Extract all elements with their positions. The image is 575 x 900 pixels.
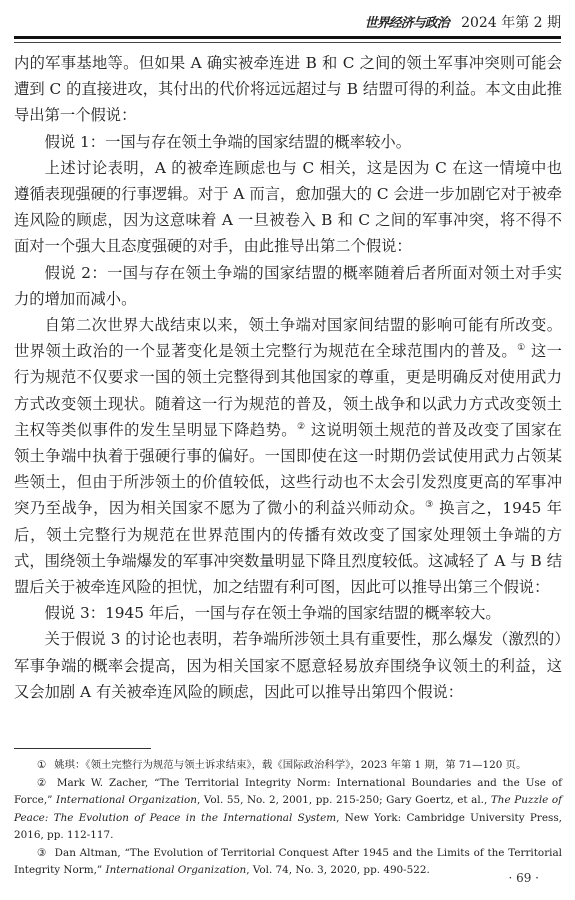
footnote-mark: ① bbox=[37, 759, 46, 771]
footnote-divider bbox=[14, 748, 151, 749]
footnote-ref-2[interactable]: ② bbox=[297, 422, 306, 432]
footnote-text: , Vol. 74, No. 3, 2020, pp. 490-522. bbox=[246, 864, 430, 876]
issue-label: 2024 年第 2 期 bbox=[461, 15, 561, 31]
footnote-mark: ② bbox=[37, 777, 49, 789]
journal-name: 世界经济与政治 bbox=[365, 16, 449, 31]
footnote-mark: ③ bbox=[37, 847, 47, 859]
hypothesis-3: 假说 3：1945 年后，一国与存在领土争端的国家结盟的概率较大。 bbox=[14, 600, 562, 626]
footnote-3: ③Dan Altman, “The Evolution of Territori… bbox=[14, 845, 562, 880]
header-rule-thin bbox=[14, 42, 561, 43]
hypothesis-1: 假说 1：一国与存在领土争端的国家结盟的概率较小。 bbox=[14, 129, 562, 155]
hypothesis-2: 假说 2：一国与存在领土争端的国家结盟的概率随着后者所面对领土对手实力的增加而减… bbox=[14, 260, 562, 312]
journal-title: International Organization bbox=[56, 794, 197, 806]
header-rule-thick bbox=[14, 36, 561, 39]
footnote-text: , Vol. 55, No. 2, 2001, pp. 215-250; Gar… bbox=[197, 794, 491, 806]
footnote-ref-3[interactable]: ③ bbox=[425, 500, 434, 510]
footnote-2: ②Mark W. Zacher, “The Territorial Integr… bbox=[14, 775, 562, 845]
running-header: 世界经济与政治 2024 年第 2 期 bbox=[14, 8, 561, 32]
paragraph: 自第二次世界大战结束以来，领土争端对国家间结盟的影响可能有所改变。世界领土政治的… bbox=[14, 312, 562, 600]
footnote-1: ①姚琪：《领土完整行为规范与领土诉求结束》，载《国际政治科学》，2023 年第 … bbox=[14, 757, 562, 775]
page-number: · 69 · bbox=[508, 871, 539, 885]
footnote-text: 姚琪：《领土完整行为规范与领土诉求结束》，载《国际政治科学》，2023 年第 1… bbox=[54, 759, 526, 771]
paragraph: 内的军事基地等。但如果 A 确实被牵连进 B 和 C 之间的领土军事冲突则可能会… bbox=[14, 50, 562, 129]
paragraph: 上述讨论表明，A 的被牵连顾虑也与 C 相关，这是因为 C 在这一情境中也遵循表… bbox=[14, 155, 562, 260]
footnotes: ①姚琪：《领土完整行为规范与领土诉求结束》，载《国际政治科学》，2023 年第 … bbox=[14, 757, 562, 880]
paragraph: 关于假说 3 的讨论也表明，若争端所涉领土具有重要性，那么爆发（激烈的）军事争端… bbox=[14, 626, 562, 705]
journal-title: International Organization bbox=[106, 864, 247, 876]
footnote-ref-1[interactable]: ① bbox=[517, 343, 526, 353]
journal-issue: 世界经济与政治 2024 年第 2 期 bbox=[365, 12, 561, 32]
body-text: 内的军事基地等。但如果 A 确实被牵连进 B 和 C 之间的领土军事冲突则可能会… bbox=[14, 50, 562, 705]
paragraph-text: 自第二次世界大战结束以来，领土争端对国家间结盟的影响可能有所改变。世界领土政治的… bbox=[14, 316, 562, 360]
